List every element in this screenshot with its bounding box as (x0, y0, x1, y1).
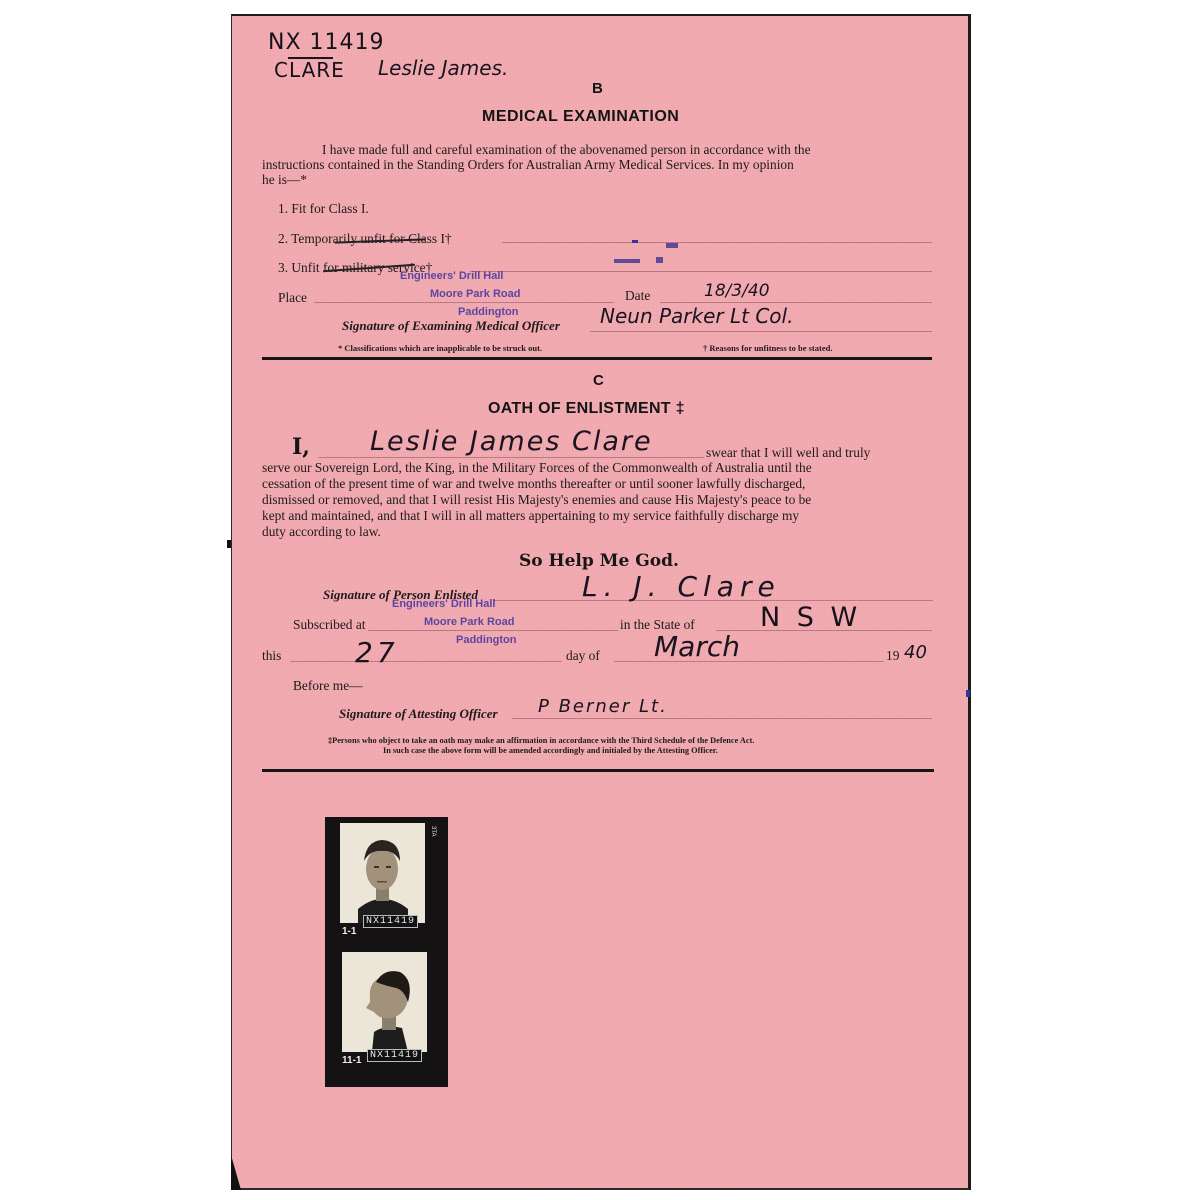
subscribed-at-line (368, 630, 618, 631)
place-stamp-line-1: Engineers' Drill Hall (400, 270, 503, 282)
year-value: 40 (904, 642, 927, 663)
ink-mark (656, 257, 663, 263)
medical-examination-title: MEDICAL EXAMINATION (482, 108, 679, 126)
film-edge-code: 3TA (430, 826, 436, 837)
before-me-label: Before me— (293, 678, 363, 694)
id-photo-profile (342, 952, 427, 1052)
photo-profile-plate: NX11419 (367, 1049, 422, 1062)
subscribed-at-label: Subscribed at (293, 617, 366, 633)
medical-footnote-classifications: * Classifications which are inapplicable… (338, 343, 542, 353)
oath-body-line-4: kept and maintained, and that I will in … (262, 508, 799, 524)
medical-footnote-reasons: † Reasons for unfitness to be stated. (703, 343, 832, 353)
oath-body-line-2: cessation of the present time of war and… (262, 476, 805, 492)
subscribed-stamp-line-2: Moore Park Road (424, 616, 514, 628)
surname: CLARE (274, 58, 345, 82)
ink-mark (632, 240, 638, 243)
section-b-letter: B (592, 80, 603, 97)
oath-title: OATH OF ENLISTMENT ‡ (488, 400, 685, 418)
oath-swear-text: swear that I will well and truly (706, 445, 870, 461)
unfit-reason-line (470, 271, 932, 272)
photo-front-roll-label: 1-1 (342, 926, 356, 937)
examining-officer-signature-line (590, 331, 932, 332)
section-divider (262, 769, 934, 772)
place-label: Place (278, 290, 307, 306)
given-names: Leslie James. (378, 56, 508, 80)
subscribed-stamp-line-1: Engineers' Drill Hall (392, 598, 495, 610)
year-prefix: 19 (886, 648, 899, 664)
examining-officer-signature: Neun Parker Lt Col. (600, 304, 793, 328)
page-corner-shadow (231, 1155, 241, 1190)
date-label: Date (625, 288, 650, 304)
person-enlisted-signature: L. J. Clare (582, 570, 781, 603)
ink-mark (614, 259, 640, 263)
oath-i-label: I, (292, 434, 310, 460)
day-value: 27 (355, 636, 399, 669)
attesting-officer-signature: P Berner Lt. (538, 696, 668, 717)
oath-body-line-5: duty according to law. (262, 524, 381, 540)
place-stamp-line-3: Paddington (458, 306, 519, 318)
day-of-label: day of (566, 648, 600, 664)
section-c-letter: C (593, 372, 604, 389)
ink-mark (666, 243, 678, 248)
place-line (314, 302, 614, 303)
ink-mark (966, 690, 970, 697)
id-photo-front (340, 823, 425, 923)
section-divider (262, 357, 932, 360)
photo-front-plate: NX11419 (363, 915, 418, 928)
oath-footnote-line-1: ‡Persons who object to take an oath may … (328, 736, 754, 745)
medical-option-fit: 1. Fit for Class I. (278, 201, 369, 217)
medical-date-value: 18/3/40 (704, 281, 770, 301)
medical-intro-line-2: instructions contained in the Standing O… (262, 157, 794, 173)
subscribed-stamp-line-3: Paddington (456, 634, 517, 646)
service-number: NX 11419 (268, 30, 385, 55)
binder-mark (227, 540, 231, 548)
oath-name-line (318, 457, 704, 458)
so-help-me-god: So Help Me God. (519, 551, 679, 571)
temporarily-unfit-line (502, 242, 932, 243)
examining-officer-signature-label: Signature of Examining Medical Officer (342, 318, 560, 334)
oath-name-value: Leslie James Clare (370, 426, 653, 457)
medical-intro-line-3: he is—* (262, 172, 307, 188)
photo-profile-roll-label: 11-1 (342, 1055, 361, 1066)
oath-body-line-3: dismissed or removed, and that I will re… (262, 492, 811, 508)
date-line (660, 302, 932, 303)
oath-footnote-line-2: In such case the above form will be amen… (383, 746, 718, 755)
medical-intro-line-1: I have made full and careful examination… (322, 142, 811, 158)
attesting-officer-signature-line (512, 718, 932, 719)
day-line (290, 661, 562, 662)
attesting-officer-signature-label: Signature of Attesting Officer (339, 706, 498, 722)
state-value: N S W (760, 602, 861, 633)
oath-body-line-1: serve our Sovereign Lord, the King, in t… (262, 460, 934, 476)
this-label: this (262, 648, 281, 664)
month-value: March (654, 630, 740, 663)
place-stamp-line-2: Moore Park Road (430, 288, 520, 300)
medical-option-temporarily-unfit: 2. Temporarily unfit for Class I† (278, 231, 452, 247)
